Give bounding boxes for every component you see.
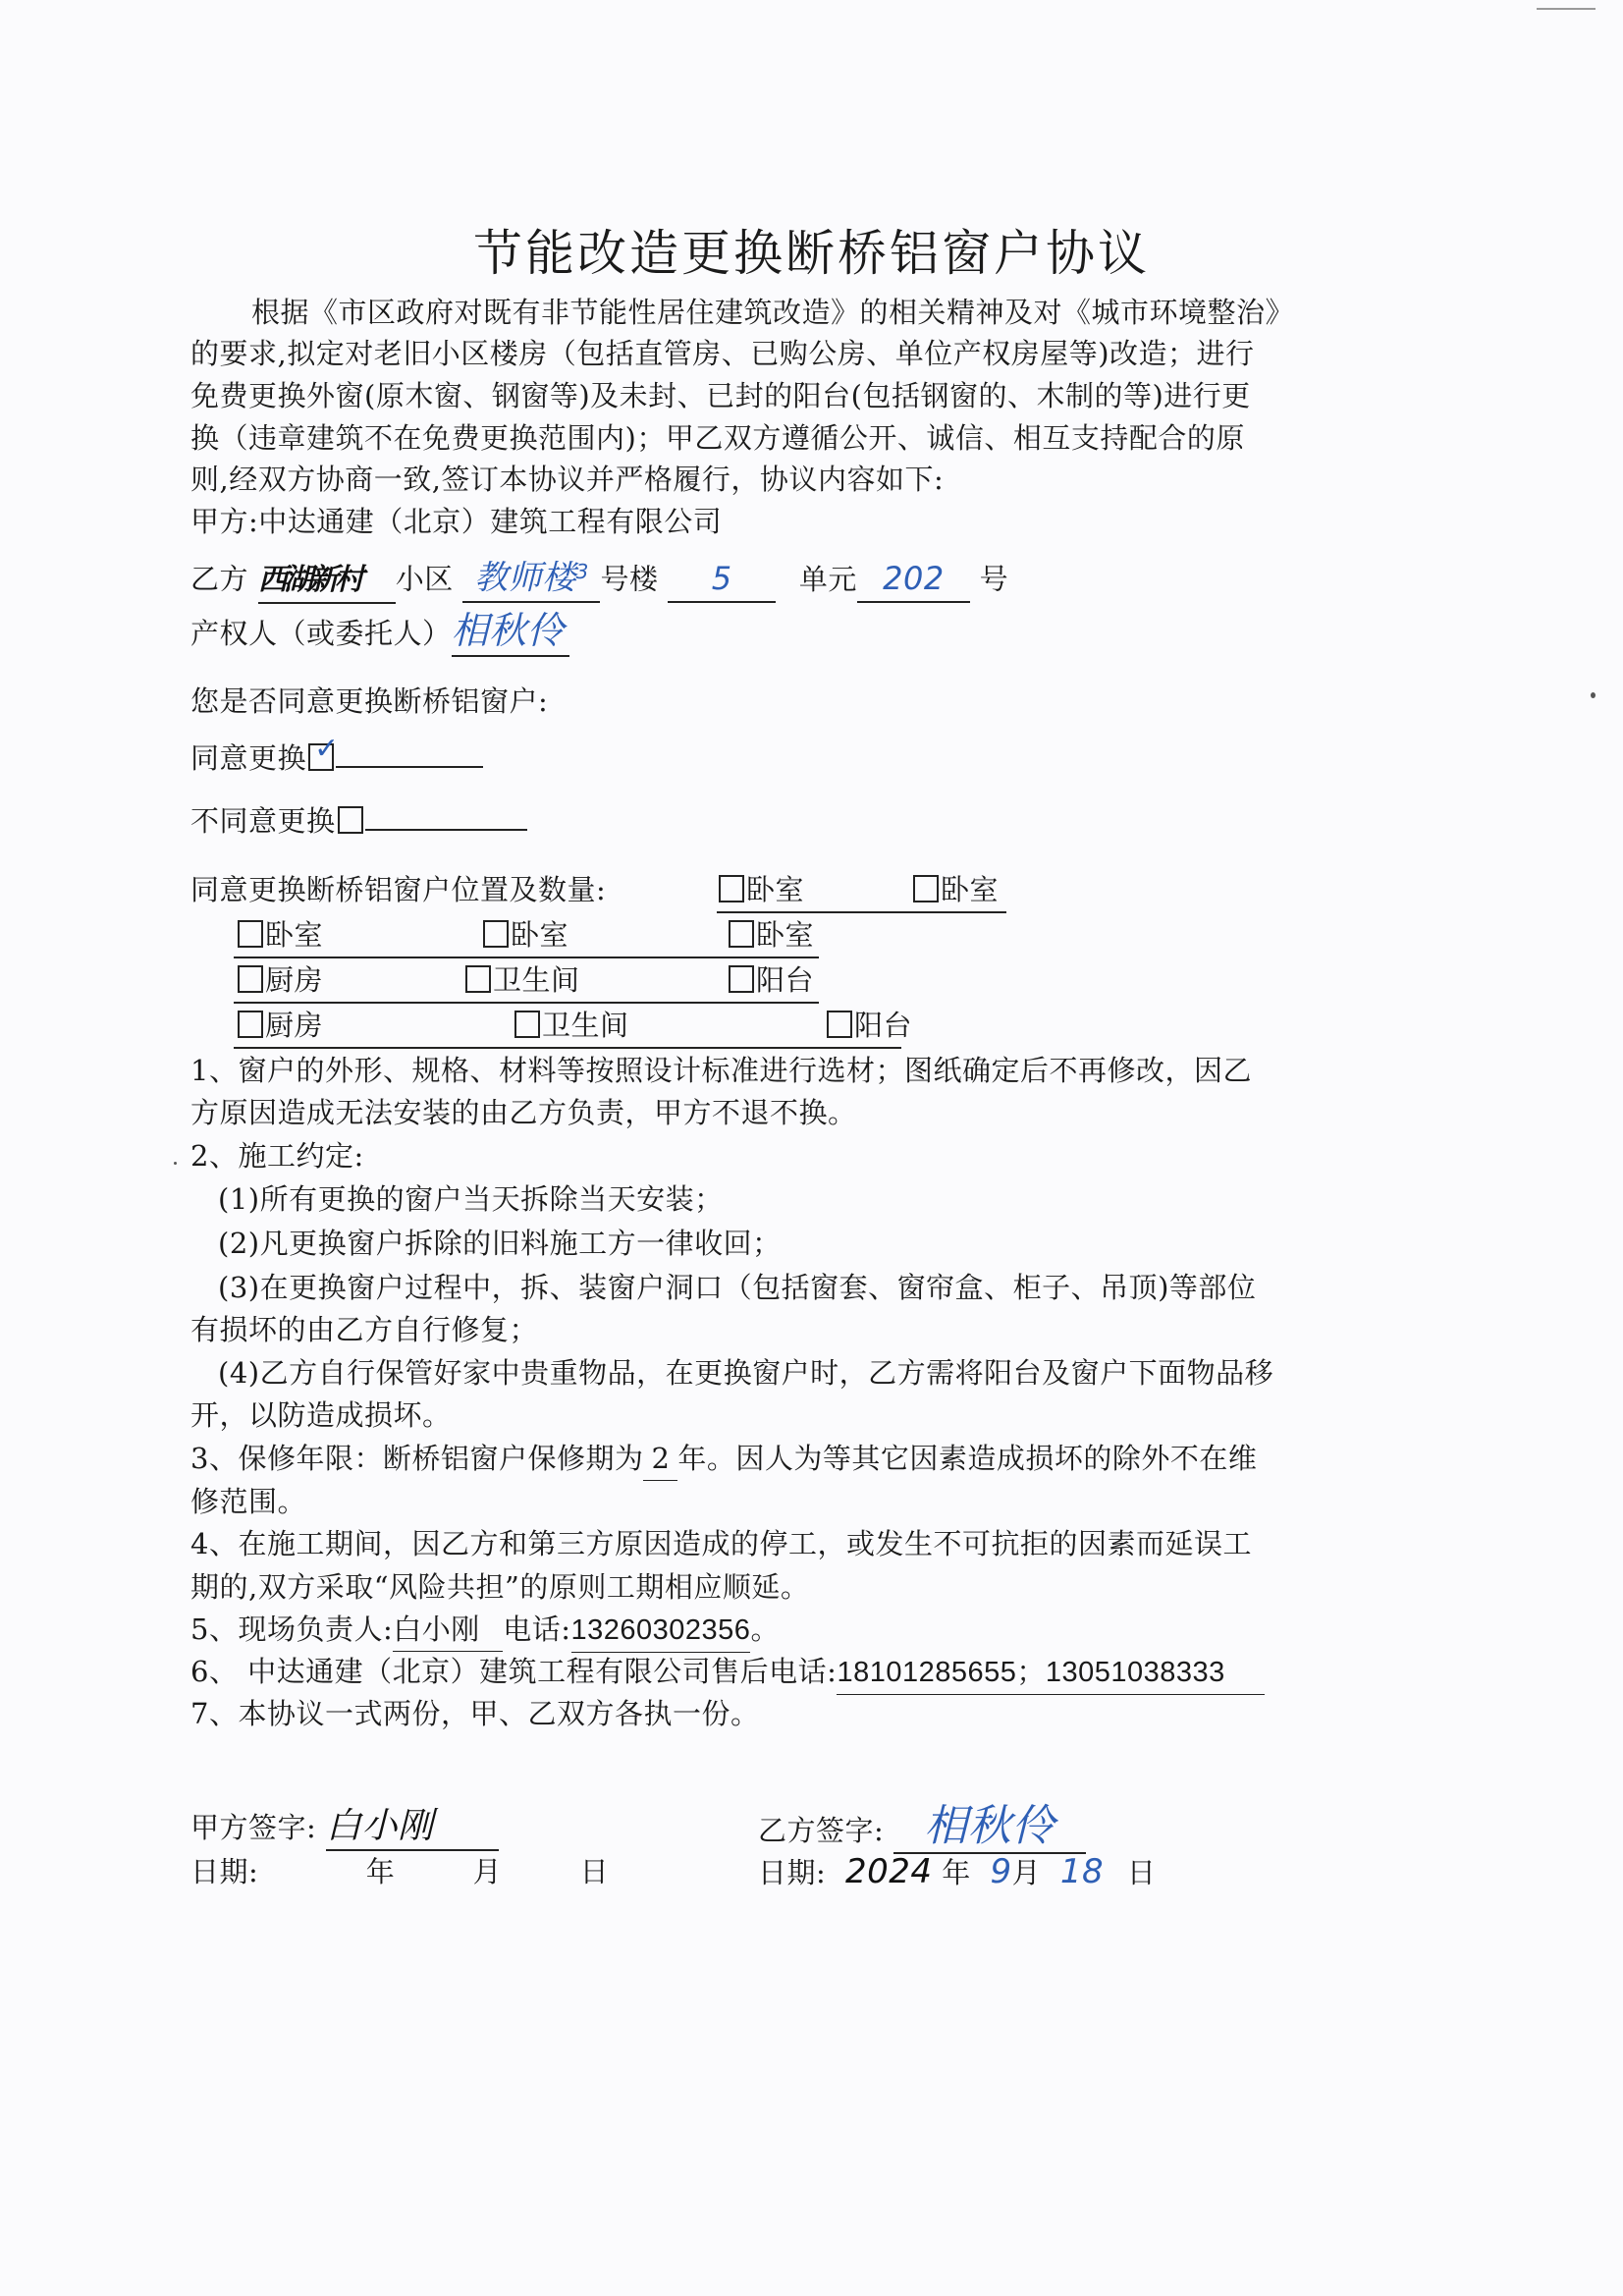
community-handwritten: 西湖新村 [258,563,360,597]
clause-2-2: (2)凡更换窗户拆除的旧料施工方一律收回； [218,1222,782,1265]
location-label: 卧室 [265,918,323,952]
location-label: 卫生间 [493,963,580,997]
building-superscript: 3 [576,560,589,583]
month-label: 月 [1012,1856,1042,1889]
check-mark-icon: ✓ [314,728,340,771]
month-label: 月 [473,1855,503,1888]
disagree-blank[interactable] [365,829,527,831]
clause-5-end: 。 [750,1613,780,1646]
party-a-line: 甲方:中达通建（北京）建筑工程有限公司 [190,500,722,543]
location-label: 卧室 [511,918,568,952]
location-label: 卧室 [941,873,999,906]
checkbox-icon[interactable] [483,920,509,948]
party-a-name: 中达通建（北京）建筑工程有限公司 [258,505,722,538]
year-label: 年 [366,1855,396,1888]
disagree-label: 不同意更换 [190,804,336,838]
party-a-signature-line: 甲方签字: 白小刚 [190,1805,499,1851]
owner-label: 产权人（或委托人） [190,617,452,650]
clause-5-prefix: 5、现场负责人: [190,1613,393,1646]
party-b-label: 乙方 [190,563,248,596]
owner-field[interactable]: 相秋伶 [452,609,569,657]
intro-line-2: 的要求,拟定对老旧小区楼房（包括直管房、已购公房、单位产权房屋等)改造；进行 [190,332,1255,375]
checkbox-icon[interactable] [514,1011,540,1038]
party-a-signature: 白小刚 [326,1806,434,1846]
agree-checkbox[interactable]: ✓ [308,743,334,771]
room-handwritten: 202 [883,560,945,597]
clause-3-line-2: 修范围。 [190,1480,306,1523]
location-label: 厨房 [265,1009,323,1042]
clause-1-line-2: 方原因造成无法安装的由乙方负责，甲方不退不换。 [190,1091,857,1134]
day-label: 日 [1127,1856,1157,1889]
community-field[interactable]: 西湖新村 [258,558,396,604]
document-title: 节能改造更换断桥铝窗户协议 [0,214,1623,285]
clause-2-4-line-2: 开，以防造成损坏。 [190,1394,452,1437]
party-b-date-line: 日期: 2024 年 9月 18 日 [758,1850,1156,1894]
clause-2-4-line-1: (4)乙方自行保管好家中贵重物品，在更换窗户时，乙方需将阳台及窗户下面物品移 [218,1351,1273,1394]
checkbox-icon[interactable] [719,875,744,902]
day-label: 日 [580,1855,610,1888]
checkbox-icon[interactable] [827,1011,852,1038]
owner-line: 产权人（或委托人） 相秋伶 [190,609,569,657]
location-label: 卧室 [756,918,814,952]
intro-line-5: 则,经双方协商一致,签订本协议并严格履行，协议内容如下: [190,458,944,501]
disagree-checkbox[interactable] [338,806,363,834]
clause-2-3-line-2: 有损坏的由乙方自行修复； [190,1308,538,1351]
clause-1-line-1: 1、窗户的外形、规格、材料等按照设计标准进行选材；图纸确定后不再修改，因乙 [190,1049,1252,1092]
year-label: 年 [942,1856,971,1889]
site-manager-phone: 13260302356 [571,1609,751,1653]
party-a-date-line: 日期: 年 月 日 [190,1850,609,1893]
after-sales-phones: 18101285655；13051038333 [837,1651,1264,1695]
scan-speck [1591,692,1596,698]
location-row-1-item-1[interactable]: 卧室 [481,913,568,957]
party-b-date-label: 日期: [758,1856,826,1889]
party-b-signature-line: 乙方签字: 相秋伶 [758,1805,1086,1854]
clause-2-1: (1)所有更换的窗户当天拆除当天安装； [218,1177,724,1221]
location-label: 卫生间 [542,1009,629,1042]
clause-6: 6、 中达通建（北京）建筑工程有限公司售后电话:18101285655；1305… [190,1650,1265,1695]
location-label: 阳台 [854,1009,912,1042]
clause-5: 5、现场负责人:白小刚电话:13260302356。 [190,1608,780,1653]
location-row-2-item-1[interactable]: 卫生间 [463,958,580,1002]
location-row-1-item-0[interactable]: 卧室 [236,913,323,957]
checkbox-icon[interactable] [729,920,754,948]
checkbox-icon[interactable] [729,965,754,993]
site-manager-name: 白小刚 [393,1608,503,1652]
location-label: 阳台 [756,963,814,997]
clause-2-title: 2、施工约定: [190,1134,364,1177]
room-label: 号 [980,563,1009,596]
agreement-page: 节能改造更换断桥铝窗户协议 根据《市区政府对既有非节能性居住建筑改造》的相关精神… [0,0,1623,2296]
intro-line-4: 换（违章建筑不在免费更换范围内)；甲乙双方遵循公开、诚信、相互支持配合的原 [190,416,1245,460]
scan-speck [174,1162,177,1165]
party-a-date-label: 日期: [190,1855,258,1888]
disagree-line: 不同意更换 [190,799,527,843]
unit-field[interactable]: 5 [668,557,776,603]
location-row-3-item-2[interactable]: 阳台 [825,1004,912,1047]
community-label: 小区 [396,563,454,596]
party-b-sign-label: 乙方签字: [758,1814,884,1847]
clause-2-3-line-1: (3)在更换窗户过程中，拆、装窗户洞口（包括窗套、窗帘盒、柜子、吊顶)等部位 [218,1266,1256,1309]
clause-4-line-1: 4、在施工期间，因乙方和第三方原因造成的停工，或发生不可抗拒的因素而延误工 [190,1522,1252,1565]
party-b-month[interactable]: 9 [990,1852,1011,1891]
party-b-year[interactable]: 2024 [845,1852,933,1891]
building-handwritten: 教师楼 [474,559,576,598]
checkbox-icon[interactable] [238,965,263,993]
agree-line: 同意更换✓ [190,737,483,780]
party-a-signature-field[interactable]: 白小刚 [326,1805,499,1851]
clause-7: 7、本协议一式两份，甲、乙双方各执一份。 [190,1692,759,1735]
location-row-0-item-0[interactable]: 卧室 [717,868,804,911]
unit-label: 单元 [799,563,857,596]
owner-handwritten: 相秋伶 [452,609,566,652]
checkbox-icon[interactable] [238,920,263,948]
checkbox-icon[interactable] [465,965,491,993]
party-a-label: 甲方: [190,505,258,538]
location-row-3-item-1[interactable]: 卫生间 [513,1004,629,1047]
location-label: 卧室 [746,873,804,906]
phone-label: 电话: [503,1613,570,1646]
party-b-signature: 相秋伶 [924,1801,1055,1851]
checkbox-icon[interactable] [913,875,939,902]
location-row-0-item-1[interactable]: 卧室 [911,868,999,911]
unit-handwritten: 5 [712,560,732,597]
warranty-years: 2 [643,1437,677,1481]
checkbox-icon[interactable] [238,1011,263,1038]
party-b-address-line: 乙方 西湖新村 小区 教师楼3 号楼 5 单元 202 号 [190,550,1008,604]
location-row-3-item-0[interactable]: 厨房 [236,1004,323,1047]
party-a-sign-label: 甲方签字: [190,1811,316,1844]
consent-question: 您是否同意更换断桥铝窗户: [190,680,548,723]
clause-3-line-1: 3、保修年限：断桥铝窗户保修期为2年。因人为等其它因素造成损坏的除外不在维 [190,1437,1257,1481]
clause-4-line-2: 期的,双方采取“风险共担”的原则工期相应顺延。 [190,1565,809,1609]
location-row-1-item-2[interactable]: 卧室 [727,913,814,957]
agree-label: 同意更换 [190,741,306,775]
clause-3-suffix: 年。因人为等其它因素造成损坏的除外不在维 [677,1442,1257,1475]
party-b-day[interactable]: 18 [1060,1852,1104,1891]
location-row-2-item-0[interactable]: 厨房 [236,958,323,1002]
location-row-2-item-2[interactable]: 阳台 [727,958,814,1002]
clause-6-prefix: 6、 中达通建（北京）建筑工程有限公司售后电话: [190,1655,837,1688]
room-field[interactable]: 202 [857,557,970,603]
scan-speck [1537,8,1596,10]
clause-3-prefix: 3、保修年限：断桥铝窗户保修期为 [190,1442,643,1475]
location-label: 厨房 [265,963,323,997]
party-b-signature-field[interactable]: 相秋伶 [893,1805,1086,1854]
building-label: 号楼 [600,563,658,596]
intro-line-1: 根据《市区政府对既有非节能性居住建筑改造》的相关精神及对《城市环境整治》 [251,291,1294,334]
agree-blank[interactable] [336,766,483,768]
intro-line-3: 免费更换外窗(原木窗、钢窗等)及未封、已封的阳台(包括钢窗的、木制的等)进行更 [190,374,1251,417]
locations-label: 同意更换断桥铝窗户位置及数量: [190,868,606,911]
building-field[interactable]: 教师楼3 [462,550,600,603]
